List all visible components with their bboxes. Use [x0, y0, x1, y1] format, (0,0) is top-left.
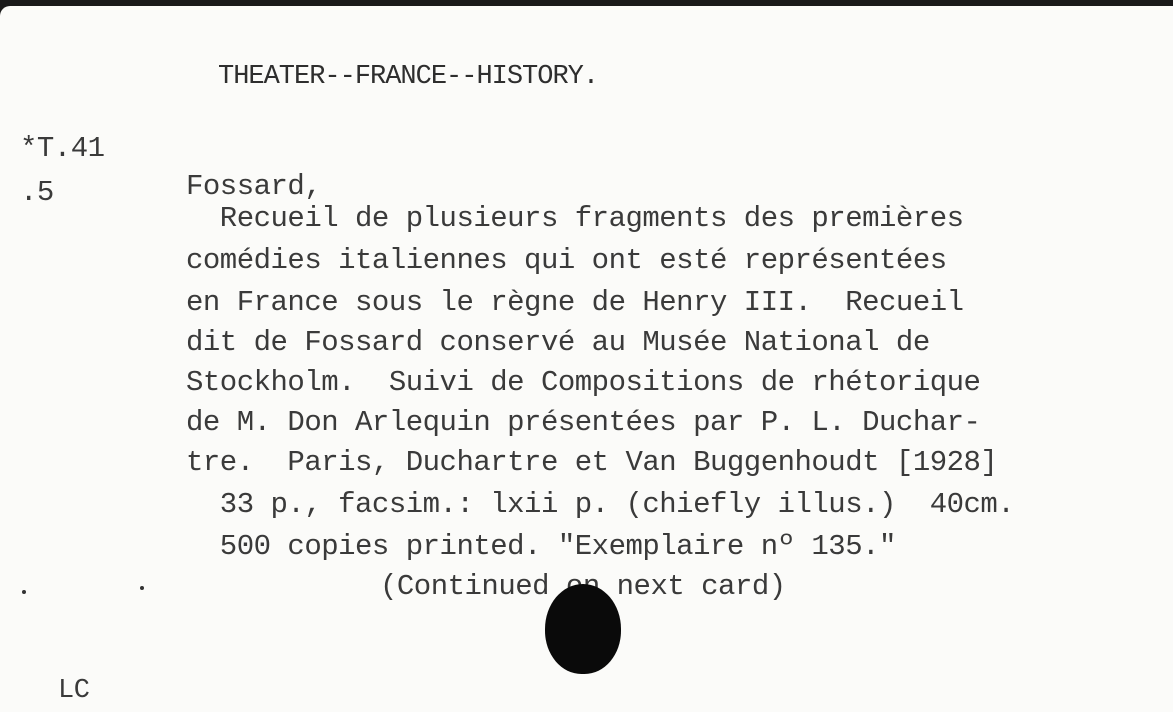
- title-line: Recueil de plusieurs fragments des premi…: [186, 204, 964, 233]
- title-line: de M. Don Arlequin présentées par P. L. …: [186, 408, 980, 437]
- source-code: LC: [58, 678, 89, 705]
- title-line: comédies italiennes qui ont esté représe…: [186, 246, 947, 275]
- author: Fossard,: [186, 172, 321, 201]
- ink-speck: [140, 586, 144, 590]
- title-line: Stockholm. Suivi de Compositions de rhét…: [186, 368, 980, 397]
- call-number-line-2: .5: [20, 178, 54, 207]
- title-line: en France sous le règne de Henry III. Re…: [186, 288, 964, 317]
- ink-speck: [22, 590, 26, 594]
- call-number-line-1: *T.41: [20, 134, 105, 163]
- title-line: tre. Paris, Duchartre et Van Buggenhoudt…: [186, 448, 997, 477]
- title-line: dit de Fossard conservé au Musée Nationa…: [186, 328, 930, 357]
- catalog-card: THEATER--FRANCE--HISTORY. *T.41 .5 Fossa…: [0, 6, 1173, 712]
- punch-hole: [545, 584, 621, 674]
- collation: 33 p., facsim.: lxii p. (chiefly illus.)…: [186, 490, 1014, 519]
- subject-heading: THEATER--FRANCE--HISTORY.: [218, 64, 598, 91]
- note: 500 copies printed. "Exemplaire nº 135.": [186, 532, 896, 561]
